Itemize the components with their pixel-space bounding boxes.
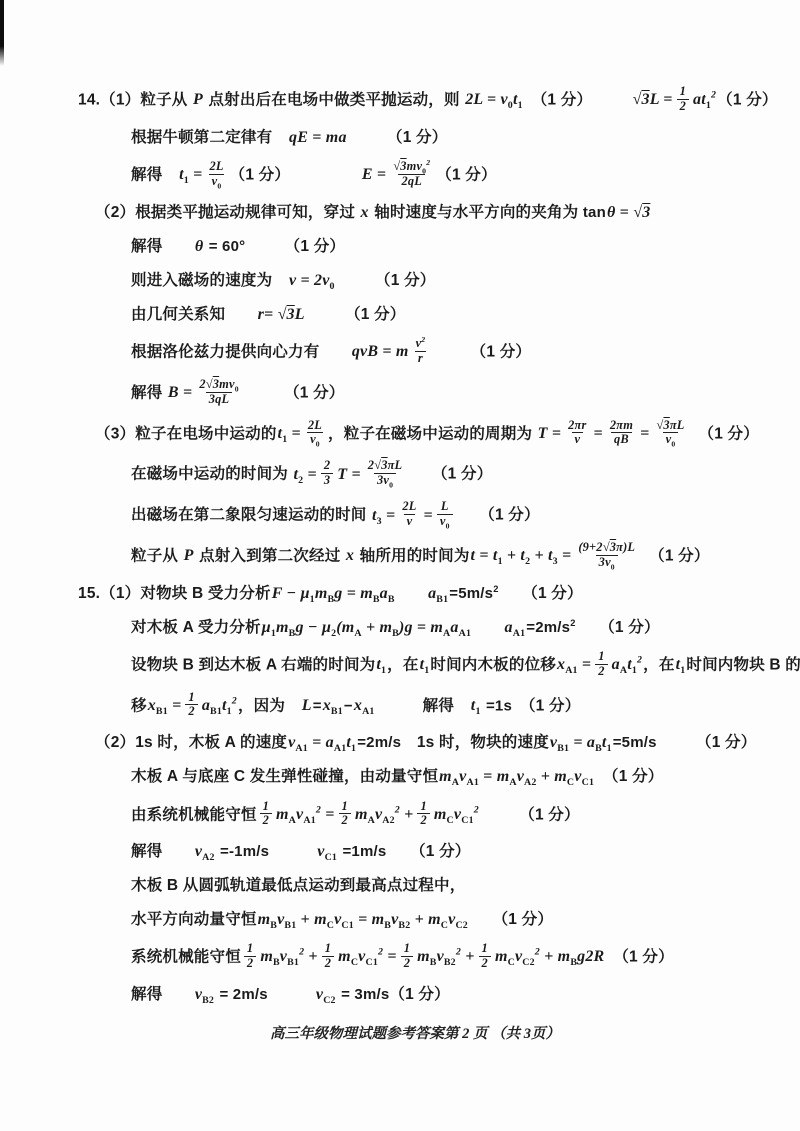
plain-text: 解得	[131, 166, 178, 183]
math-text: mCvC12	[433, 806, 480, 823]
math-fraction: 2Lv0	[305, 419, 325, 448]
math-text: r= √3L	[257, 306, 306, 323]
math-text: t1	[470, 697, 482, 714]
plain-text: （1 分）	[657, 734, 757, 751]
math-fraction: √3mv022qL	[390, 160, 433, 189]
answer-line: 对木板 A 受力分析μ1mBg − μ2(mA + mB)g = mAaA1 a…	[0, 617, 800, 639]
math-fraction: 2πmqB	[607, 419, 636, 448]
answer-line: 14.（1）粒子从 P 点射出后在电场中做类平抛运动，则 2L = v0t1 （…	[0, 86, 800, 115]
math-text: t1	[419, 656, 431, 673]
math-text: mAvA1 = mAvA2 + mCvC1	[438, 768, 595, 785]
value-text: = 60°	[204, 238, 245, 255]
answer-line: 水平方向动量守恒mBvB1 + mCvC1 = mBvB2 + mCvC2 （1…	[0, 909, 800, 931]
math-text: v = 2v0	[288, 272, 336, 289]
plain-text: （2）根据类平抛运动规律可知，穿过	[95, 204, 360, 221]
plain-text: 出磁场在第二象限匀速运动的时间	[131, 507, 371, 524]
plain-text: （1 分）	[245, 238, 345, 255]
math-text: θ	[194, 238, 205, 255]
plain-text: 在磁场中运动的时间为	[131, 466, 293, 483]
math-fraction: 12	[322, 942, 334, 971]
plain-text: 时间内木板的位移	[430, 656, 556, 673]
math-fraction: 23	[321, 459, 333, 488]
math-text: aB1	[427, 585, 449, 602]
answer-line: 出磁场在第二象限匀速运动的时间 t3 =2Lv=Lv0 （1 分）	[0, 501, 800, 530]
value-text: =2m/s	[526, 619, 570, 636]
answer-line: 系统机械能守恒12mBvB12 +12mCvC12 =12mBvB22 +12m…	[0, 943, 800, 972]
plain-text: 根据牛顿第二定律有	[131, 129, 288, 146]
plain-text: 点射入到第二次经过	[195, 547, 345, 564]
plain-text: （1 分）	[469, 911, 553, 928]
answer-line: 解得 B =2√3mv03qL （1 分）	[0, 379, 800, 408]
answer-line: 则进入磁场的速度为 v = 2v0 （1 分）	[0, 270, 800, 292]
answer-line: 设物块 B 到达木板 A 右端的时间为t1，在t1时间内木板的位移xA1 =12…	[0, 651, 800, 680]
math-text: F − μ1mBg = mBaB	[271, 585, 396, 602]
math-text: B =	[167, 384, 193, 401]
plain-text: （1 分）	[436, 166, 496, 183]
answer-lines: 14.（1）粒子从 P 点射出后在电场中做类平抛运动，则 2L = v0t1 （…	[0, 0, 800, 1006]
math-fraction: 12	[260, 800, 272, 829]
math-text: P	[192, 91, 204, 108]
answer-line: 解得 t1 =2Lv0（1 分） E =√3mv022qL（1 分）	[0, 161, 800, 190]
plain-text: ，在	[387, 656, 418, 673]
math-text: aAt12	[611, 656, 644, 673]
math-text: =	[639, 425, 650, 442]
math-text: xB1	[322, 697, 344, 714]
answer-line: 解得 vB2 = 2m/s vC2 = 3m/s（1 分）	[0, 984, 800, 1006]
plain-text: 移	[131, 697, 147, 714]
plain-text	[396, 585, 427, 602]
math-text: mBvB1 + mCvC1 = mBvB2 + mCvC2	[257, 911, 469, 928]
math-fraction: 12	[677, 85, 689, 114]
plain-text	[472, 619, 503, 636]
plain-text: 解得	[131, 384, 167, 401]
math-fraction: 12	[185, 691, 197, 720]
math-fraction: 12	[401, 942, 413, 971]
math-text: t3 =	[371, 507, 396, 524]
math-text: t1 =	[277, 425, 302, 442]
math-fraction: v2r	[413, 337, 429, 366]
math-fraction: Lv0	[437, 500, 453, 529]
plain-text: 解得	[131, 238, 194, 255]
math-text: qE = ma	[288, 129, 348, 146]
plain-text: 轴时速度与水平方向的夹角为	[370, 204, 583, 221]
math-text: t1	[375, 656, 387, 673]
page-footer: 高三年级物理试题参考答案第 2 页 （共 3页）	[0, 1022, 800, 1043]
math-fraction: 12	[595, 650, 607, 679]
math-text: x	[345, 547, 355, 564]
plain-text: 设物块 B 到达木板 A 右端的时间为	[131, 656, 375, 673]
math-text: E =	[361, 166, 387, 183]
value-text: =5m/s	[449, 585, 493, 602]
answer-line: 由几何关系知 r= √3L （1 分）	[0, 304, 800, 326]
math-fraction: √3πLv0	[653, 419, 687, 448]
math-text: at12	[692, 91, 717, 108]
plain-text: （1 分）	[389, 986, 449, 1003]
math-text: mAvA12 =	[275, 806, 336, 823]
plain-text: 点射出后在电场中做类平抛运动，则	[204, 91, 464, 108]
math-fraction: 12	[244, 942, 256, 971]
math-fraction: 2√3mv03qL	[196, 378, 241, 407]
math-text: mCvC22 + mBg2R	[494, 948, 605, 965]
math-text: mAvA22 +	[354, 806, 415, 823]
answer-line: 木板 A 与底座 C 发生弹性碰撞，由动量守恒mAvA1 = mAvA2 + m…	[0, 766, 800, 788]
plain-text: 根据洛伦兹力提供向心力有	[131, 343, 351, 360]
plain-text: 木板 A 与底座 C 发生弹性碰撞，由动量守恒	[131, 768, 438, 785]
math-text: xB1 =	[147, 697, 183, 714]
math-fraction: 12	[339, 800, 351, 829]
plain-text: 由系统机械能守恒	[131, 806, 257, 823]
plain-text: （3）粒子在电场中运动的	[95, 425, 277, 442]
math-text: T =	[336, 466, 362, 483]
plain-text: 则进入磁场的速度为	[131, 272, 288, 289]
math-fraction: 2πrv	[565, 419, 589, 448]
math-text: vC1	[316, 843, 338, 860]
plain-text: （1 分）	[306, 306, 406, 323]
math-text: qvB = m	[351, 343, 410, 360]
plain-text: （1 分）	[480, 806, 580, 823]
value-text: =5m/s	[613, 734, 657, 751]
math-fraction: 12	[479, 942, 491, 971]
plain-text: （1 分）	[431, 343, 531, 360]
math-text: √3L =	[632, 91, 674, 108]
answer-line: 15.（1）对物块 B 受力分析F − μ1mBg = mBaB aB1=5m/…	[0, 583, 800, 605]
plain-text: （1 分）	[386, 843, 470, 860]
math-text: vA2	[194, 843, 216, 860]
answer-line: （3）粒子在电场中运动的t1 =2Lv0，粒子在磁场中运动的周期为 T =2πr…	[0, 420, 800, 449]
answer-line: 移xB1 =12aB1t12，因为 L=xB1−xA1 解得 t1 =1s （1…	[0, 692, 800, 721]
answer-line: 根据牛顿第二定律有 qE = ma （1 分）	[0, 127, 800, 149]
answer-line: 根据洛伦兹力提供向心力有 qvB = mv2r （1 分）	[0, 338, 800, 367]
math-text: θ = √3	[606, 204, 651, 221]
plain-text: （1 分）	[230, 166, 361, 183]
math-text: 2L = v0t1	[464, 91, 524, 108]
value-text: =2m/s	[357, 734, 401, 751]
plain-text: （1 分）	[691, 425, 759, 442]
plain-text: 轴所用的时间为	[355, 547, 469, 564]
value-text: −	[344, 697, 353, 714]
value-text: =1s	[482, 697, 512, 714]
math-text: mCvC12 =	[337, 948, 398, 965]
math-text: vA1 = aA1t1	[287, 734, 357, 751]
math-text: t = t1 + t2 + t3 =	[470, 547, 573, 564]
plain-text: （1 分）	[336, 272, 436, 289]
math-fraction: 12	[417, 800, 429, 829]
plain-text: （1 分）	[605, 948, 673, 965]
plain-text: （1 分）	[456, 507, 540, 524]
answer-line: （2）根据类平抛运动规律可知，穿过 x 轴时速度与水平方向的夹角为 tanθ =…	[0, 202, 800, 224]
plain-text: 木板 B 从圆弧轨道最低点运动到最高点过程中，	[131, 877, 465, 894]
value-text: = 3m/s	[337, 986, 390, 1003]
math-text: vC2	[315, 986, 337, 1003]
answer-line: 由系统机械能守恒12mAvA12 =12mAvA22 +12mCvC12 （1 …	[0, 801, 800, 830]
answer-line: 在磁场中运动的时间为 t2 =23T =2√3πL3v0 （1 分）	[0, 460, 800, 489]
plain-text: 粒子从	[131, 547, 183, 564]
plain-text: （2）1s 时，木板 A 的速度	[95, 734, 287, 751]
math-text: vB2	[194, 986, 215, 1003]
value-text: =-1m/s	[216, 843, 270, 860]
scan-edge-artifact	[0, 0, 4, 66]
math-fraction: (9+2√3π)L3v0	[575, 541, 638, 570]
plain-text: 解得	[376, 697, 470, 714]
plain-text	[268, 986, 315, 1003]
math-text: aA1	[504, 619, 527, 636]
math-text: μ1mBg − μ2(mA + mB)g = mAaA1	[261, 619, 472, 636]
plain-text: ，因为	[238, 697, 301, 714]
plain-text: 1s 时，物块的速度	[401, 734, 549, 751]
plain-text: 系统机械能守恒	[131, 948, 241, 965]
math-text: T =	[537, 425, 563, 442]
plain-text: 水平方向动量守恒	[131, 911, 257, 928]
math-fraction: 2Lv	[399, 500, 419, 529]
math-text: aB1t12	[201, 697, 238, 714]
math-fraction: 2Lv0	[206, 160, 226, 189]
math-text: =	[423, 507, 434, 524]
plain-text: ，粒子在磁场中运动的周期为	[328, 425, 537, 442]
answer-line: 解得 θ = 60° （1 分）	[0, 236, 800, 258]
plain-text: （1 分）	[348, 129, 448, 146]
plain-text: （1 分）	[499, 585, 583, 602]
plain-text: （1 分）	[512, 697, 580, 714]
plain-text: ，在	[643, 656, 674, 673]
value-text: = 2m/s	[215, 986, 268, 1003]
plain-text: 解得	[131, 843, 194, 860]
plain-text: （1 分）	[245, 384, 345, 401]
math-text: mBvB12 +	[259, 948, 318, 965]
plain-text: 解得	[131, 986, 194, 1003]
plain-text: 对木板 A 受力分析	[131, 619, 261, 636]
answer-line: 粒子从 P 点射入到第二次经过 x 轴所用的时间为t = t1 + t2 + t…	[0, 542, 800, 571]
math-text: x	[360, 204, 370, 221]
math-text: L	[301, 697, 313, 714]
plain-text	[269, 843, 316, 860]
plain-text: （1 分）	[595, 768, 663, 785]
plain-text: 由几何关系知	[131, 306, 257, 323]
math-text: vB1 = aBt1	[549, 734, 613, 751]
value-text: =1m/s	[338, 843, 386, 860]
plain-text: 14.（1）粒子从	[78, 91, 192, 108]
plain-text: （1 分）	[576, 619, 660, 636]
math-text: xA1	[353, 697, 376, 714]
value-text: tan	[583, 204, 606, 221]
answer-line: 木板 B 从圆弧轨道最低点运动到最高点过程中，	[0, 875, 800, 896]
math-text: P	[183, 547, 195, 564]
math-text: t2 =	[293, 466, 318, 483]
value-text: =	[313, 697, 322, 714]
math-text: t1	[675, 656, 687, 673]
answer-line: （2）1s 时，木板 A 的速度vA1 = aA1t1=2m/s 1s 时，物块…	[0, 732, 800, 754]
plain-text: 时间内物块 B 的位	[686, 656, 800, 673]
plain-text: （1 分）	[641, 547, 709, 564]
math-text: mBvB22 +	[416, 948, 475, 965]
plain-text: （1 分）	[408, 466, 492, 483]
math-fraction: 2√3πL3v0	[365, 459, 406, 488]
math-text: =	[593, 425, 604, 442]
math-text: t1 =	[178, 166, 203, 183]
document-page: 14.（1）粒子从 P 点射出后在电场中做类平抛运动，则 2L = v0t1 （…	[0, 0, 800, 1131]
math-text: xA1 =	[556, 656, 592, 673]
plain-text: （1 分）	[524, 91, 632, 108]
plain-text: （1 分）	[717, 91, 777, 108]
plain-text: 15.（1）对物块 B 受力分析	[78, 585, 271, 602]
answer-line: 解得 vA2 =-1m/s vC1 =1m/s （1 分）	[0, 841, 800, 863]
